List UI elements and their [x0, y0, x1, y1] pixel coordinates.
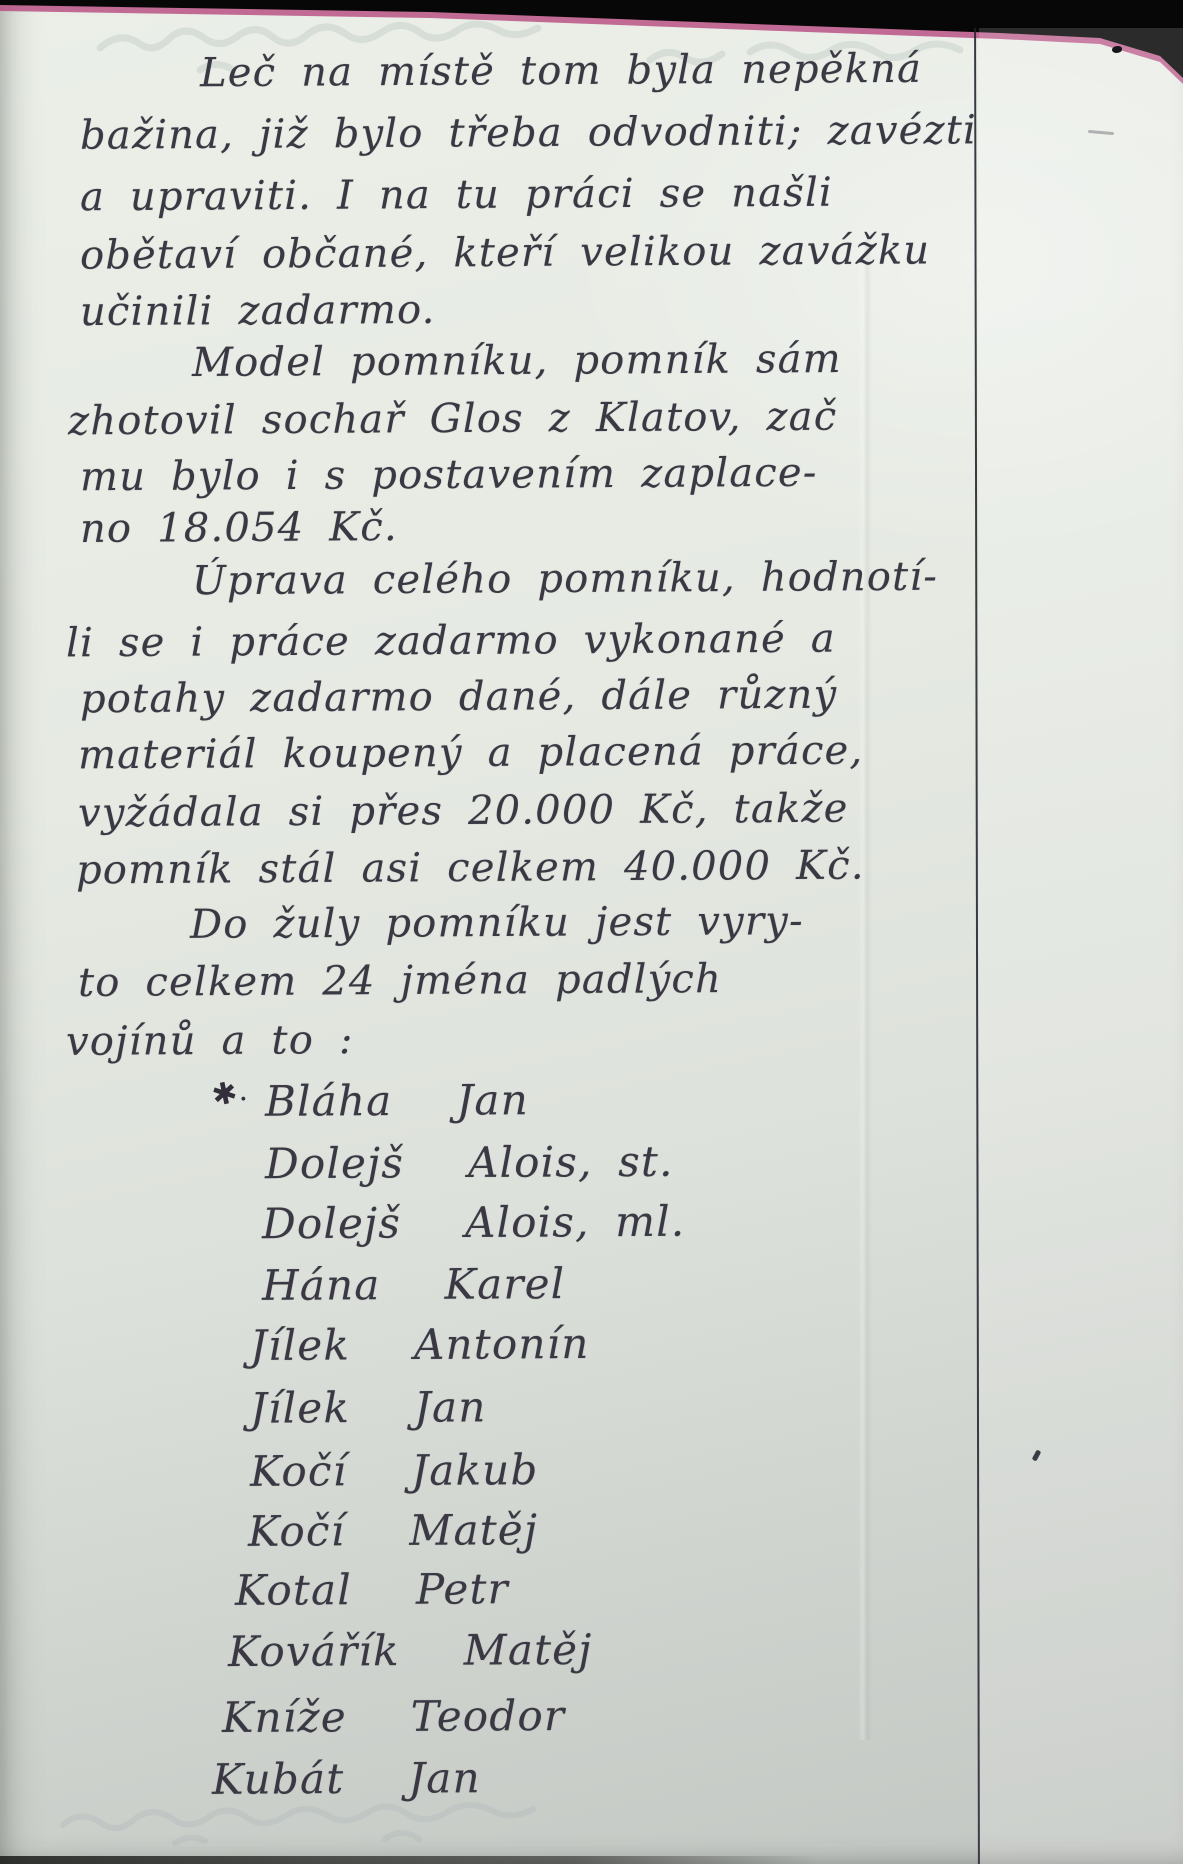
handwritten-line: zhotovil sochař Glos z Klatov, zač	[68, 394, 838, 445]
given-name: Antonín	[414, 1321, 590, 1368]
handwritten-line: Model pomníku, pomník sám	[192, 336, 842, 386]
fallen-soldier-name: KubátJan	[212, 1755, 481, 1803]
surname: Kovářík	[228, 1628, 400, 1675]
fallen-soldier-name: JílekJan	[250, 1384, 487, 1431]
given-name: Jan	[456, 1077, 529, 1123]
handwritten-line: učinili zadarmo.	[80, 287, 436, 335]
surname: Kubát	[212, 1756, 345, 1803]
given-name: Alois, ml.	[465, 1199, 686, 1246]
handwritten-line: vyžádala si přes 20.000 Kč, takže	[78, 786, 849, 837]
surname: Kočí	[248, 1508, 346, 1555]
handwritten-line: materiál koupený a placená práce,	[78, 728, 864, 779]
fallen-soldier-name: HánaKarel	[262, 1261, 566, 1309]
handwritten-line: no 18.054 Kč.	[80, 504, 398, 552]
given-name: Jakub	[411, 1447, 539, 1494]
fallen-soldier-name: KočíMatěj	[248, 1507, 538, 1555]
surname: Kníže	[222, 1694, 347, 1741]
fallen-soldier-name: DolejšAlois, ml.	[262, 1199, 686, 1248]
given-name: Alois, st.	[468, 1139, 674, 1186]
paper-crease	[858, 240, 872, 1740]
surname: Kotal	[235, 1567, 352, 1614]
given-name: Jan	[414, 1384, 487, 1430]
fallen-soldier-name: KočíJakub	[250, 1447, 539, 1495]
handwritten-line: vojínů a to :	[66, 1017, 354, 1065]
given-name: Karel	[444, 1261, 565, 1308]
surname: Dolejš	[265, 1140, 404, 1187]
bleed-through-writing-bottom	[55, 1795, 615, 1855]
handwritten-line: mu bylo i s postavením zaplace-	[80, 450, 818, 501]
fallen-soldier-name: KotalPetr	[235, 1566, 509, 1614]
fallen-soldier-name: KnížeTeodor	[222, 1693, 565, 1741]
given-name: Matěj	[409, 1507, 538, 1554]
handwritten-line: Úprava celého pomníku, hodnotí-	[192, 554, 938, 605]
handwritten-line: Leč na místě tom byla nepěkná	[200, 46, 922, 96]
given-name: Matěj	[464, 1627, 593, 1674]
given-name: Teodor	[411, 1693, 566, 1740]
handwritten-line: li se i práce zadarmo vykonané a	[66, 616, 836, 667]
handwritten-line: obětaví občané, kteří velikou zavážku	[80, 227, 931, 278]
fallen-soldier-name: DolejšAlois, st.	[265, 1139, 674, 1187]
handwritten-line: Do žuly pomníku jest vyry-	[190, 898, 804, 948]
given-name: Petr	[416, 1566, 509, 1613]
handwritten-line: to celkem 24 jména padlých	[78, 956, 722, 1006]
handwritten-line: potahy zadarmo dané, dále různý	[80, 672, 838, 723]
handwritten-line: bažina, již bylo třeba odvodniti; zavézt…	[80, 107, 977, 158]
fallen-soldier-name: JílekAntonín	[250, 1321, 590, 1369]
given-name: Jan	[408, 1755, 481, 1801]
surname: Dolejš	[262, 1200, 401, 1247]
surname: Jílek	[250, 1385, 350, 1432]
bottom-edge-shadow	[0, 1856, 820, 1864]
fallen-soldier-name: KováříkMatěj	[228, 1627, 593, 1675]
handwritten-line: a upraviti. I na tu práci se našli	[80, 170, 833, 221]
right-margin-column	[979, 28, 1183, 1864]
handwritten-line: pomník stál asi celkem 40.000 Kč.	[76, 843, 865, 894]
surname: Jílek	[250, 1322, 350, 1369]
surname: Hána	[262, 1262, 381, 1309]
document-scan: Leč na místě tom byla nepěkná bažina, ji…	[0, 0, 1183, 1864]
fallen-soldier-name: BláhaJan	[265, 1077, 529, 1125]
asterisk-marker: ✱.	[209, 1073, 250, 1114]
surname: Kočí	[250, 1448, 348, 1495]
surname: Bláha	[265, 1078, 393, 1125]
